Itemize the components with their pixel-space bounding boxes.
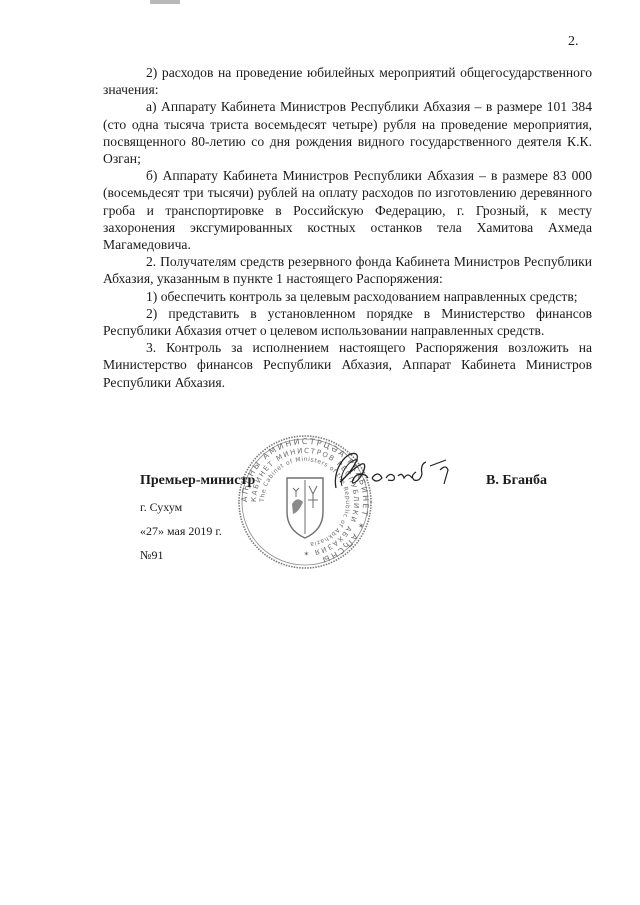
paragraph-item-b: б) Аппарату Кабинета Министров Республик…	[103, 167, 592, 253]
document-body: 2) расходов на проведение юбилейных меро…	[103, 64, 592, 391]
scan-artifact	[150, 0, 180, 4]
signatory-title: Премьер-министр	[140, 473, 255, 489]
paragraph-recipients: 2. Получателям средств резервного фонда …	[103, 253, 592, 287]
handwritten-signature-icon	[328, 448, 463, 498]
date: «27» мая 2019 г.	[140, 524, 222, 539]
page-number: 2.	[568, 34, 579, 50]
paragraph-item-a: а) Аппарату Кабинета Министров Республик…	[103, 98, 592, 167]
paragraph-expenses-jubilee: 2) расходов на проведение юбилейных меро…	[103, 64, 592, 98]
signatory-name: В. Бганба	[486, 473, 547, 489]
document-number: №91	[140, 548, 163, 563]
paragraph-report: 2) представить в установленном порядке в…	[103, 305, 592, 339]
city: г. Сухум	[140, 500, 182, 515]
paragraph-supervision: 3. Контроль за исполнением настоящего Ра…	[103, 339, 592, 391]
paragraph-control: 1) обеспечить контроль за целевым расход…	[103, 288, 592, 305]
